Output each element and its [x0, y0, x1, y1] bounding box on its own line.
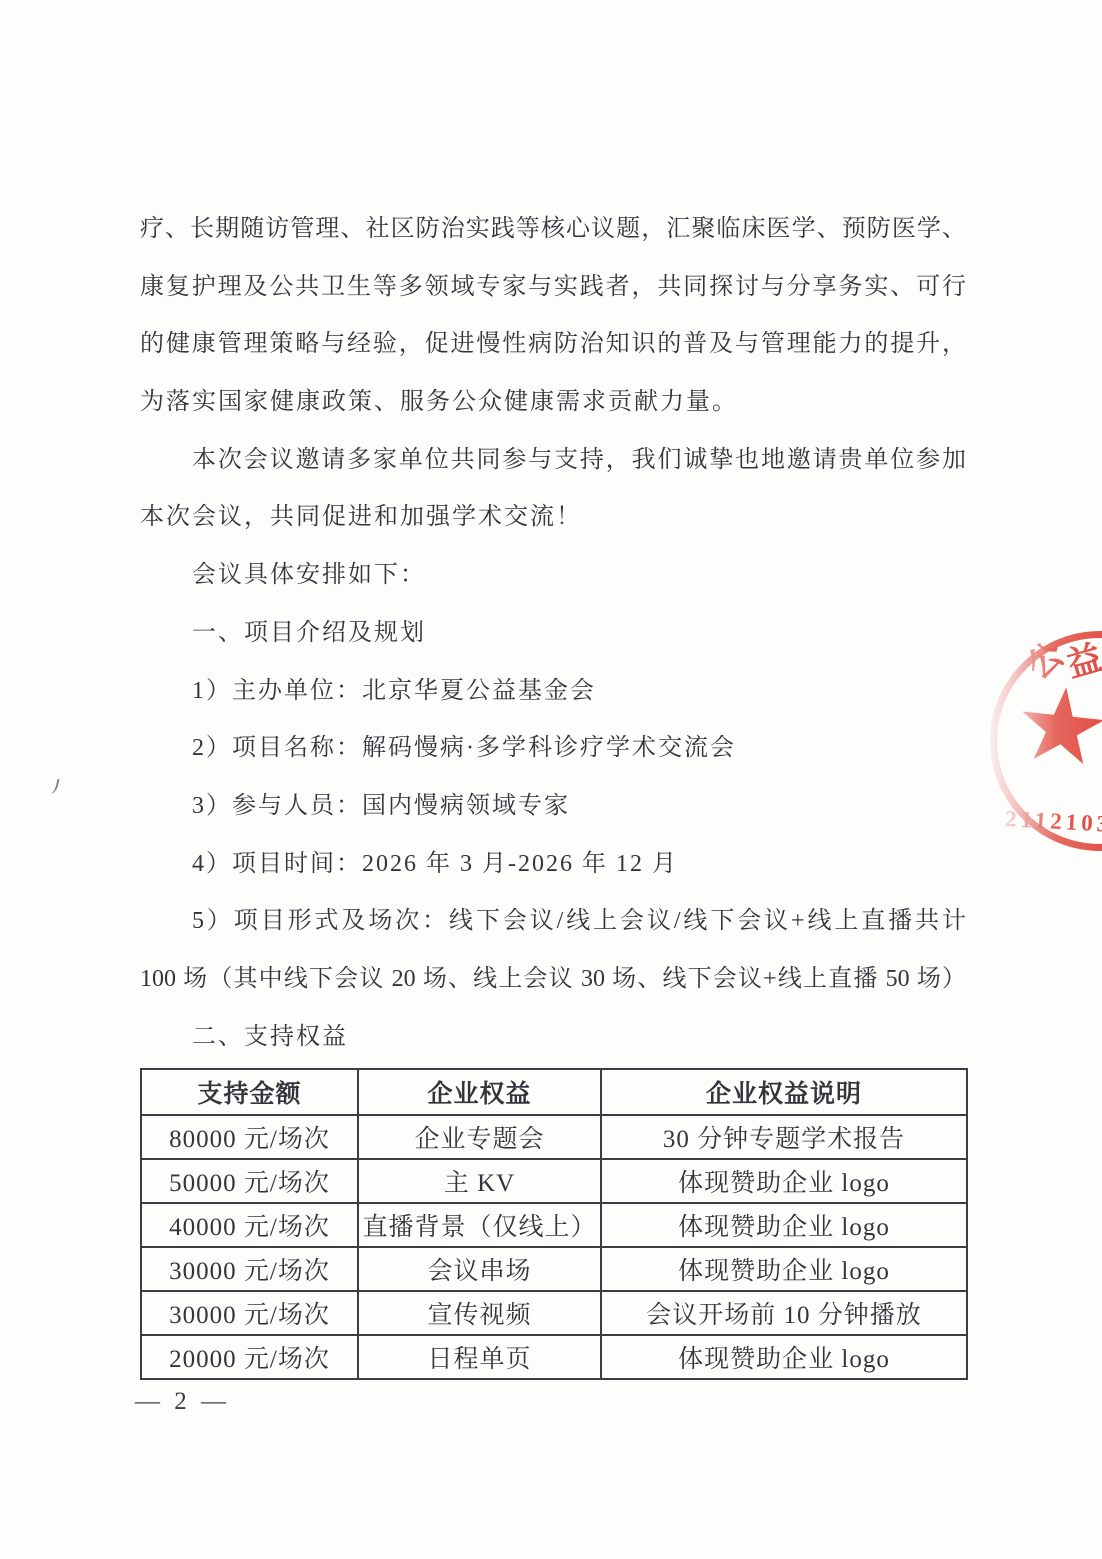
table-cell-amount: 30000 元/场次: [141, 1291, 358, 1335]
table-cell-amount: 40000 元/场次: [141, 1203, 358, 1247]
scanned-page: 疗、长期随访管理、社区防治实践等核心议题，汇聚临床医学、预防医学、 康复护理及公…: [0, 0, 1102, 1559]
red-seal-stamp: 公 益 2112103: [975, 591, 1102, 891]
table-cell-detail: 体现赞助企业 logo: [601, 1247, 967, 1291]
invite-line-2: 本次会议，共同促进和加强学术交流！: [140, 489, 966, 547]
table-cell-amount: 20000 元/场次: [141, 1335, 358, 1379]
table-cell-benefit: 直播背景（仅线上）: [358, 1203, 601, 1247]
table-cell-amount: 50000 元/场次: [141, 1159, 358, 1203]
intro-line-1: 疗、长期随访管理、社区防治实践等核心议题，汇聚临床医学、预防医学、: [140, 201, 966, 259]
table-cell-detail: 体现赞助企业 logo: [601, 1203, 967, 1247]
table-cell-benefit: 日程单页: [358, 1335, 601, 1379]
item-format-line-2: 100 场（其中线下会议 20 场、线上会议 30 场、线下会议+线上直播 50…: [140, 951, 966, 1009]
table-row: 30000 元/场次 会议串场 体现赞助企业 logo: [141, 1247, 967, 1291]
table-header-detail: 企业权益说明: [601, 1069, 967, 1115]
invite-line-1: 本次会议邀请多家单位共同参与支持，我们诚挚也地邀请贵单位参加: [140, 432, 966, 490]
table-header-amount: 支持金额: [141, 1069, 358, 1115]
scan-artifact: [47, 777, 59, 795]
table-cell-detail: 会议开场前 10 分钟播放: [601, 1291, 967, 1335]
seal-serial-number: 2112103: [1004, 806, 1102, 838]
table-cell-detail: 体现赞助企业 logo: [601, 1159, 967, 1203]
table-cell-benefit: 主 KV: [358, 1159, 601, 1203]
table-cell-benefit: 企业专题会: [358, 1115, 601, 1159]
document-text: 疗、长期随访管理、社区防治实践等核心议题，汇聚临床医学、预防医学、 康复护理及公…: [140, 201, 966, 1066]
intro-line-2: 康复护理及公共卫生等多领域专家与实践者，共同探讨与分享务实、可行: [140, 259, 966, 317]
table-row: 20000 元/场次 日程单页 体现赞助企业 logo: [141, 1335, 967, 1379]
item-project-time: 4）项目时间：2026 年 3 月-2026 年 12 月: [140, 836, 966, 894]
table-cell-amount: 30000 元/场次: [141, 1247, 358, 1291]
table-row: 80000 元/场次 企业专题会 30 分钟专题学术报告: [141, 1115, 967, 1159]
table-header-row: 支持金额 企业权益 企业权益说明: [141, 1069, 967, 1115]
section-two-heading: 二、支持权益: [140, 1009, 966, 1067]
sponsorship-benefits-table: 支持金额 企业权益 企业权益说明 80000 元/场次 企业专题会 30 分钟专…: [140, 1068, 968, 1380]
table-cell-benefit: 宣传视频: [358, 1291, 601, 1335]
item-host-unit: 1）主办单位：北京华夏公益基金会: [140, 663, 966, 721]
item-format-line-1: 5）项目形式及场次：线下会议/线上会议/线下会议+线上直播共计: [140, 893, 966, 951]
table-cell-detail: 30 分钟专题学术报告: [601, 1115, 967, 1159]
item-project-name: 2）项目名称：解码慢病·多学科诊疗学术交流会: [140, 720, 966, 778]
table-row: 50000 元/场次 主 KV 体现赞助企业 logo: [141, 1159, 967, 1203]
table-row: 30000 元/场次 宣传视频 会议开场前 10 分钟播放: [141, 1291, 967, 1335]
intro-line-3: 的健康管理策略与经验，促进慢性病防治知识的普及与管理能力的提升，: [140, 316, 966, 374]
schedule-intro-line: 会议具体安排如下：: [140, 547, 966, 605]
table-cell-amount: 80000 元/场次: [141, 1115, 358, 1159]
item-participants: 3）参与人员：国内慢病领域专家: [140, 778, 966, 836]
table-cell-detail: 体现赞助企业 logo: [601, 1335, 967, 1379]
intro-line-4: 为落实国家健康政策、服务公众健康需求贡献力量。: [140, 374, 966, 432]
section-one-heading: 一、项目介绍及规划: [140, 605, 966, 663]
page-number: — 2 —: [135, 1388, 230, 1416]
table-header-benefit: 企业权益: [358, 1069, 601, 1115]
table-row: 40000 元/场次 直播背景（仅线上） 体现赞助企业 logo: [141, 1203, 967, 1247]
table-cell-benefit: 会议串场: [358, 1247, 601, 1291]
